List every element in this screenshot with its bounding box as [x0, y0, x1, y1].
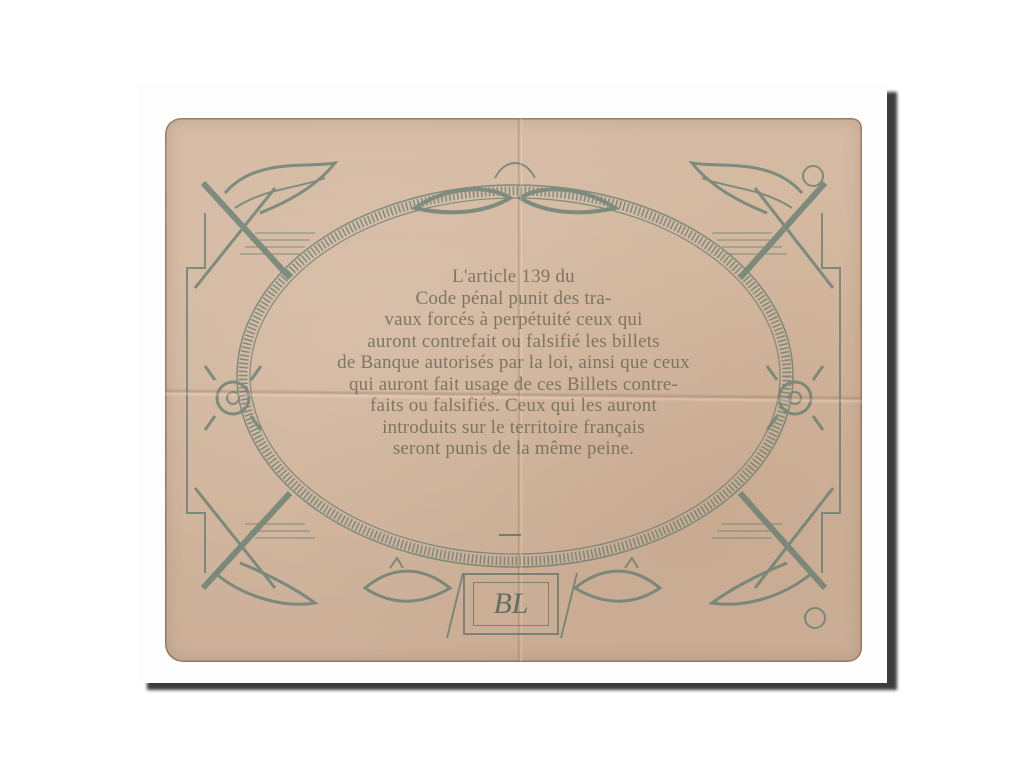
text-line: introduits sur le territoire français [165, 417, 862, 439]
monogram-cartouche: BL [463, 573, 559, 635]
text-line: L'article 139 du [165, 266, 862, 288]
divider-dash [499, 534, 521, 536]
monogram: BL [473, 582, 549, 626]
text-line: de Banque autorisés par la loi, ainsi qu… [165, 352, 862, 374]
text-line: auront contrefait ou falsifié les billet… [165, 331, 862, 353]
text-line: seront punis de la même peine. [165, 438, 862, 460]
banknote: L'article 139 du Code pénal punit des tr… [165, 118, 862, 662]
penal-code-warning-text: L'article 139 du Code pénal punit des tr… [165, 266, 862, 460]
text-line: qui auront fait usage de ces Billets con… [165, 374, 862, 396]
text-line: Code pénal punit des tra- [165, 288, 862, 310]
text-line: faits ou falsifiés. Ceux qui les auront [165, 395, 862, 417]
text-line: vaux forcés à perpétuité ceux qui [165, 309, 862, 331]
